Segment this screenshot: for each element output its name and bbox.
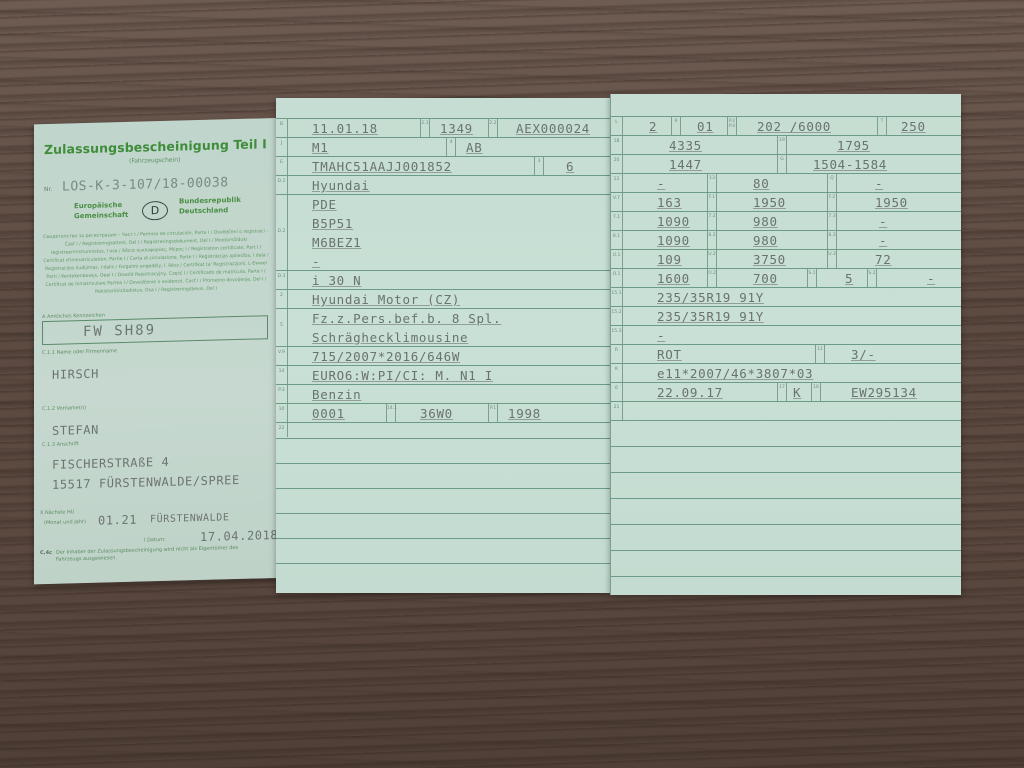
field-row-L: L 2 9 01 P.2 P.4 202 /6000 T 250 bbox=[611, 116, 961, 136]
field-row-5: 5 Fz.z.Pers.bef.b. 8 Spl. Schräghecklimo… bbox=[276, 308, 610, 347]
field-row-R: R ROT 11 3/- bbox=[611, 344, 961, 364]
field-row-D3: D.3 i 30 N bbox=[276, 270, 610, 290]
field-label-21: 21 bbox=[611, 402, 623, 421]
field-label-2: 2 bbox=[276, 290, 288, 309]
blank-line bbox=[611, 446, 961, 466]
field-row-V7: V.7 163 F.1 1950 F.2 1950 bbox=[611, 192, 961, 212]
type-line3: M6BEZ1 bbox=[312, 235, 361, 250]
field-row-2: 2 Hyundai Motor (CZ) bbox=[276, 289, 610, 309]
blank-line bbox=[276, 488, 610, 508]
field-label-J: J bbox=[276, 138, 288, 157]
field-label-O2: O.2 bbox=[707, 269, 717, 288]
field-row-P3: P.3 Benzin bbox=[276, 384, 610, 404]
address-line1: FISCHERSTRAßE 4 bbox=[52, 455, 169, 472]
field-label-8-2: 8.2 bbox=[707, 231, 717, 250]
axles: 2 bbox=[649, 119, 657, 134]
owner-surname: HIRSCH bbox=[52, 367, 99, 382]
next-hu-sublabel: (Monat und Jahr) bbox=[44, 519, 86, 526]
blank-line bbox=[611, 550, 961, 570]
field-label-D3: D.3 bbox=[276, 271, 288, 290]
field-label-2-2: 2.2 bbox=[488, 119, 498, 138]
field-label-B: B bbox=[276, 119, 288, 138]
field-label-V9: V.9 bbox=[276, 347, 288, 366]
height: 1447 bbox=[669, 157, 702, 172]
document-title: Zulassungsbescheinigung Teil I bbox=[44, 136, 267, 157]
field-label-16: 16 bbox=[811, 383, 821, 402]
date-label: I Datum: bbox=[144, 537, 166, 544]
license-plate: FW SH89 bbox=[83, 322, 156, 340]
eu-label-left: Europäische Gemeinschaft bbox=[74, 200, 128, 221]
vehicle-type-line2: Schräghecklimousine bbox=[312, 330, 468, 345]
field-label-13: 13 bbox=[707, 174, 717, 193]
field-label-7-1: 7.1 bbox=[611, 212, 623, 231]
field-label-4: 4 bbox=[446, 138, 456, 157]
country-code-oval-icon: D bbox=[142, 201, 168, 221]
field-label-5: 5 bbox=[276, 309, 288, 347]
footer-label: C.4c bbox=[40, 550, 52, 556]
field-label-P1: P.1 bbox=[488, 404, 498, 423]
firstname-label: C.1.2 Vorname(n) bbox=[42, 405, 86, 412]
owner-firstname: STEFAN bbox=[52, 423, 99, 438]
surname-label: C.1.1 Name oder Firmenname bbox=[42, 348, 117, 356]
vehicle-data-panel-right: L 2 9 01 P.2 P.4 202 /6000 T 250 18 4335… bbox=[610, 94, 961, 595]
blank-line bbox=[276, 538, 610, 558]
field-label-20: 20 bbox=[611, 155, 623, 174]
blank-line bbox=[611, 576, 961, 596]
field-row-15-2: 15.2 235/35R19 91Y bbox=[611, 306, 961, 326]
emission-class: EURO6:W:PI/CI: M. N1 I bbox=[312, 368, 493, 383]
address-line2: 15517 FÜRSTENWALDE/SPREE bbox=[52, 473, 240, 492]
owner-panel: Zulassungsbescheinigung Teil I (Fahrzeug… bbox=[34, 118, 276, 584]
model-name: i 30 N bbox=[312, 273, 361, 288]
type-code: AEX000024 bbox=[516, 121, 590, 136]
co2-emissions: 163 bbox=[657, 195, 682, 210]
vehicle-class: M1 bbox=[312, 140, 328, 155]
vehicle-type-line1: Fz.z.Pers.bef.b. 8 Spl. bbox=[312, 311, 501, 326]
footer-notice: Der Inhaber der Zulassungsbescheinigung … bbox=[56, 545, 256, 564]
document-subtitle: (Fahrzeugschein) bbox=[129, 157, 180, 165]
tyres-axle-3: - bbox=[657, 328, 665, 343]
blank-line bbox=[611, 472, 961, 492]
seats: 5 bbox=[845, 271, 853, 286]
field-label-15-1: 15.1 bbox=[611, 288, 623, 307]
axle-load-1-tech: 1090 bbox=[657, 214, 690, 229]
field-label-14: 14 bbox=[276, 366, 288, 385]
type-line2: B5P51 bbox=[312, 216, 353, 231]
field-label-F1: F.1 bbox=[707, 193, 717, 212]
eu-left-line2: Gemeinschaft bbox=[74, 210, 128, 221]
field-row-15-3: 15.3 - bbox=[611, 325, 961, 345]
operation-permit-code: K bbox=[793, 385, 801, 400]
emission-code: 36W0 bbox=[420, 406, 453, 421]
field-row-6: 6 22.09.17 17 K 16 EW295134 bbox=[611, 382, 961, 402]
field-label-R: R bbox=[611, 345, 623, 364]
tyres-axle-2: 235/35R19 91Y bbox=[657, 309, 764, 324]
field-label-18: 18 bbox=[611, 136, 623, 155]
field-label-17: 17 bbox=[777, 383, 787, 402]
field-row-10: 10 0001 14.1 36W0 P.1 1998 bbox=[276, 403, 610, 423]
color-code: 3/- bbox=[851, 347, 876, 362]
vehicle-color: ROT bbox=[657, 347, 682, 362]
field-label-6: 6 bbox=[611, 383, 623, 402]
max-mass-permitted: 1950 bbox=[875, 195, 908, 210]
width: 1795 bbox=[837, 138, 870, 153]
make: Hyundai bbox=[312, 178, 370, 193]
field-label-9: 9 bbox=[671, 117, 681, 136]
field-label-8-1: 8.1 bbox=[611, 231, 623, 250]
support-load: 80 bbox=[753, 176, 769, 191]
axle-load-2-tech: 980 bbox=[753, 214, 778, 229]
issue-date: 17.04.2018 bbox=[200, 528, 278, 544]
type-line4: - bbox=[312, 254, 320, 269]
max-mass-technical: 1950 bbox=[753, 195, 786, 210]
max-speed: 250 bbox=[901, 119, 926, 134]
field-label-G: G bbox=[777, 155, 787, 174]
power-weight-ratio: - bbox=[875, 176, 883, 191]
blank-line bbox=[611, 524, 961, 544]
field-row-21: 21 bbox=[611, 401, 961, 421]
field-row-V9: V.9 715/2007*2016/646W bbox=[276, 346, 610, 366]
field-row-U1: U.1 109 U.2 3750 U.3 72 bbox=[611, 249, 961, 269]
issuing-authority: FÜRSTENWALDE bbox=[150, 512, 229, 525]
license-plate-box: FW SH89 bbox=[42, 315, 268, 345]
tyres-axle-1: 235/35R19 91Y bbox=[657, 290, 764, 305]
type-approval-date: 22.09.17 bbox=[657, 385, 723, 400]
axle-load-3-permitted: - bbox=[879, 233, 887, 248]
field-row-18: 18 4335 19 1795 bbox=[611, 135, 961, 155]
field-label-3: 3 bbox=[534, 157, 544, 176]
blank-line bbox=[611, 420, 961, 440]
field-label-L: L bbox=[611, 117, 623, 136]
field-label-U1: U.1 bbox=[611, 250, 623, 269]
field-row-B: B 11.01.18 2.1 1349 2.2 AEX000024 bbox=[276, 118, 610, 138]
manufacturer: Hyundai Motor (CZ) bbox=[312, 292, 460, 307]
standing-places: - bbox=[927, 271, 935, 286]
empty-mass: 1504-1584 bbox=[813, 157, 887, 172]
field-label-22: 22 bbox=[276, 423, 288, 437]
blank-line bbox=[611, 498, 961, 518]
field-row-K: K e11*2007/46*3807*03 bbox=[611, 363, 961, 383]
field-label-V7: V.7 bbox=[611, 193, 623, 212]
type-approval-number: e11*2007/46*3807*03 bbox=[657, 366, 813, 381]
field-label-2-1: 2.1 bbox=[420, 119, 430, 138]
part-ii-number: EW295134 bbox=[851, 385, 917, 400]
field-label-U3: U.3 bbox=[827, 250, 837, 269]
towing-unbraked: 700 bbox=[753, 271, 778, 286]
power-rpm: 202 /6000 bbox=[757, 119, 831, 134]
type-line1: PDE bbox=[312, 197, 337, 212]
doc-number-label: Nr. bbox=[44, 186, 52, 193]
field-label-D2: D.2 bbox=[276, 195, 288, 271]
field-label-19: 19 bbox=[777, 136, 787, 155]
displacement: 1998 bbox=[508, 406, 541, 421]
doc-number: LOS-K-3-107/18-00038 bbox=[62, 175, 229, 194]
field-label-U2: U.2 bbox=[707, 250, 717, 269]
axle-load-1-permitted: 1090 bbox=[657, 233, 690, 248]
field-label-8-3: 8.3 bbox=[827, 231, 837, 250]
eu-label-right: Bundesrepublik Deutschland bbox=[179, 195, 241, 217]
field-label-O1: O.1 bbox=[611, 269, 623, 288]
field-label-P3: P.3 bbox=[276, 385, 288, 404]
blank-line bbox=[276, 463, 610, 483]
emission-directive: 715/2007*2016/646W bbox=[312, 349, 460, 364]
drive-noise: 72 bbox=[875, 252, 891, 267]
field-label-S1: S.1 bbox=[807, 269, 817, 288]
vehicle-data-panel-middle: B 11.01.18 2.1 1349 2.2 AEX000024 J M1 4… bbox=[276, 98, 610, 593]
axle-load-3-tech: - bbox=[879, 214, 887, 229]
driven-axles: 01 bbox=[697, 119, 713, 134]
blank-line bbox=[276, 438, 610, 458]
field-label-D1: D.1 bbox=[276, 176, 288, 195]
tank-volume: - bbox=[657, 176, 665, 191]
field-row-12: 12 - 13 80 Q - bbox=[611, 173, 961, 193]
blank-line bbox=[276, 513, 610, 533]
fuel-type: Benzin bbox=[312, 387, 361, 402]
towing-braked: 1600 bbox=[657, 271, 690, 286]
field-row-E: E TMAHC51AAJJ001852 3 6 bbox=[276, 156, 610, 176]
field-row-20: 20 1447 G 1504-1584 bbox=[611, 154, 961, 174]
vin-check-digit: 6 bbox=[566, 159, 574, 174]
field-label-Q: Q bbox=[827, 174, 837, 193]
field-label-S2: S.2 bbox=[867, 269, 877, 288]
multilingual-fineprint: Свидетелство за регистрация – Част I / P… bbox=[42, 228, 270, 298]
field-label-14-1: 14.1 bbox=[386, 404, 396, 423]
field-label-12: 12 bbox=[611, 174, 623, 193]
vin: TMAHC51AAJJ001852 bbox=[312, 159, 452, 174]
field-label-11: 11 bbox=[815, 345, 825, 364]
noise-rpm: 3750 bbox=[753, 252, 786, 267]
first-registration-date: 11.01.18 bbox=[312, 121, 378, 136]
field-label-15-2: 15.2 bbox=[611, 307, 623, 326]
field-label-7-2: 7.2 bbox=[707, 212, 717, 231]
field-row-7-1: 7.1 1090 7.2 980 7.3 - bbox=[611, 211, 961, 231]
field-label-15-3: 15.3 bbox=[611, 326, 623, 345]
field-row-O1: O.1 1600 O.2 700 S.1 5 S.2 - bbox=[611, 268, 961, 288]
field-label-E: E bbox=[276, 157, 288, 176]
field-label-K: K bbox=[611, 364, 623, 383]
length: 4335 bbox=[669, 138, 702, 153]
field-label-P2-P4: P.2 P.4 bbox=[727, 117, 737, 136]
field-row-14: 14 EURO6:W:PI/CI: M. N1 I bbox=[276, 365, 610, 385]
next-hu-label: X Nächste HU bbox=[40, 509, 74, 516]
address-label: C.1.3 Anschrift bbox=[42, 441, 79, 448]
eu-right-line2: Deutschland bbox=[179, 205, 241, 217]
field-row-22: 22 bbox=[276, 422, 610, 437]
field-label-F2: F.2 bbox=[827, 193, 837, 212]
axle-load-2-permitted: 980 bbox=[753, 233, 778, 248]
field-label-T: T bbox=[877, 117, 887, 136]
next-hu-date: 01.21 bbox=[98, 513, 137, 528]
manufacturer-code: 1349 bbox=[440, 121, 473, 136]
field-row-D2: D.2 PDE B5P51 M6BEZ1 - bbox=[276, 194, 610, 271]
field-row-D1: D.1 Hyundai bbox=[276, 175, 610, 195]
body-type-code: AB bbox=[466, 140, 482, 155]
field-label-10: 10 bbox=[276, 404, 288, 423]
field-row-J: J M1 4 AB bbox=[276, 137, 610, 157]
blank-line bbox=[276, 563, 610, 583]
field-row-8-1: 8.1 1090 8.2 980 8.3 - bbox=[611, 230, 961, 250]
fuel-code: 0001 bbox=[312, 406, 345, 421]
stationary-noise: 109 bbox=[657, 252, 682, 267]
field-label-7-3: 7.3 bbox=[827, 212, 837, 231]
field-row-15-1: 15.1 235/35R19 91Y bbox=[611, 287, 961, 307]
